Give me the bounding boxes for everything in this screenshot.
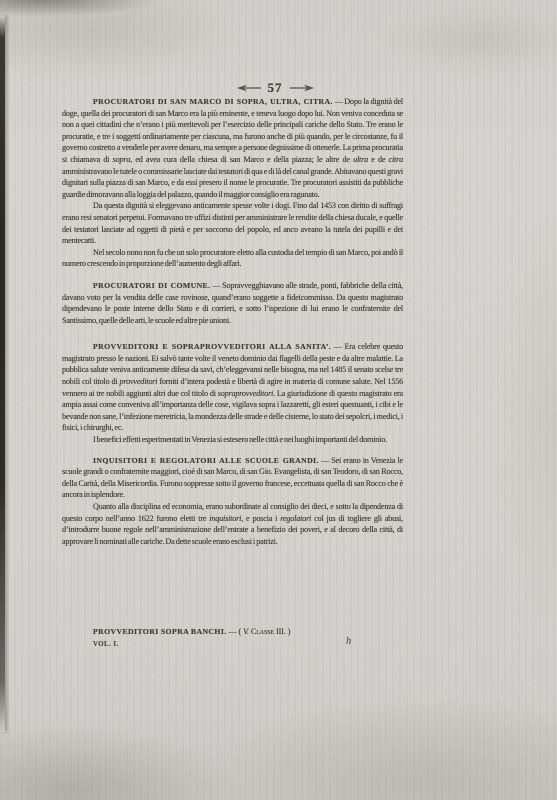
italic-term: sopra bbox=[113, 155, 131, 164]
italic-term: regolatori bbox=[280, 514, 311, 523]
italic-term: sopraprovveditori bbox=[218, 389, 273, 398]
entry-heading: INQUISITORI E REGOLATORI ALLE SCUOLE GRA… bbox=[93, 456, 319, 465]
body-text: e de bbox=[368, 155, 389, 164]
entry-heading: PROCURATORI DI SAN MARCO DI SOPRA, ULTRA… bbox=[93, 97, 333, 106]
body-text: — Dopo la dignità del doge, quella dei p… bbox=[62, 97, 403, 164]
volume-label: VOL. I. bbox=[93, 641, 119, 648]
body-text: Nel secolo nono non fu che un solo procu… bbox=[62, 248, 403, 269]
paragraph-disciplina-economia: Quanto alla disciplina ed economia, eran… bbox=[62, 501, 403, 547]
paragraph-benefici-effetti: I benefici effetti esperimentati in Vene… bbox=[62, 434, 403, 446]
body-text: , ed avea cura della chiesa di san Marco… bbox=[130, 155, 353, 164]
body-text: III. ) bbox=[274, 627, 290, 636]
italic-term: inquisitori bbox=[209, 514, 241, 523]
entry-heading: PROVVEDITORI SOPRA BANCHI. bbox=[93, 627, 227, 636]
paragraph-dignita-dogi: Da questa dignità si eleggevano anticame… bbox=[62, 200, 403, 246]
body-text: Da questa dignità si eleggevano anticame… bbox=[62, 201, 403, 245]
catchword-signature-mark: h bbox=[346, 636, 351, 647]
italic-term: provveditori bbox=[120, 377, 158, 386]
header-ornament-left-icon bbox=[237, 84, 261, 92]
text-block: PROCURATORI DI SAN MARCO DI SOPRA, ULTRA… bbox=[62, 96, 403, 547]
book-spine-shadow-edge bbox=[0, 16, 5, 732]
entry-provveditori-sanita: PROVVEDITORI E SOPRAPROVVEDITORI ALLA SA… bbox=[62, 341, 403, 434]
italic-term: V. bbox=[243, 627, 249, 636]
italic-term: ultra bbox=[353, 155, 368, 164]
entry-provveditori-sopra-banchi: PROVVEDITORI SOPRA BANCHI. — ( V. Classe… bbox=[93, 627, 290, 636]
entry-procuratori-di-san-marco: PROCURATORI DI SAN MARCO DI SOPRA, ULTRA… bbox=[62, 96, 403, 200]
entry-heading: PROCURATORI DI COMUNE. bbox=[93, 281, 210, 290]
entry-heading: PROVVEDITORI E SOPRAPROVVEDITORI ALLA SA… bbox=[93, 342, 331, 351]
italic-term: citra bbox=[389, 155, 403, 164]
scanned-book-page: 57 PROCURATORI DI SAN MARCO DI SOPRA, UL… bbox=[0, 0, 557, 800]
body-text: I benefici effetti esperimentati in Vene… bbox=[93, 435, 387, 444]
entry-procuratori-di-comune: PROCURATORI DI COMUNE. — Sopravvegghiava… bbox=[62, 280, 403, 326]
page-number: 57 bbox=[268, 80, 283, 96]
paragraph-secolo-nono: Nel secolo nono non fu che un solo procu… bbox=[62, 247, 403, 270]
body-text: amministravano le tutele o commissarie l… bbox=[62, 167, 403, 199]
header-ornament-right-icon bbox=[290, 84, 314, 92]
body-text: — ( bbox=[227, 627, 244, 636]
body-text: , e poscia i bbox=[241, 514, 280, 523]
entry-inquisitori-scuole-grandi: INQUISITORI E REGOLATORI ALLE SCUOLE GRA… bbox=[62, 455, 403, 501]
page-header: 57 bbox=[229, 80, 321, 96]
smallcaps-text: Classe bbox=[251, 627, 274, 636]
